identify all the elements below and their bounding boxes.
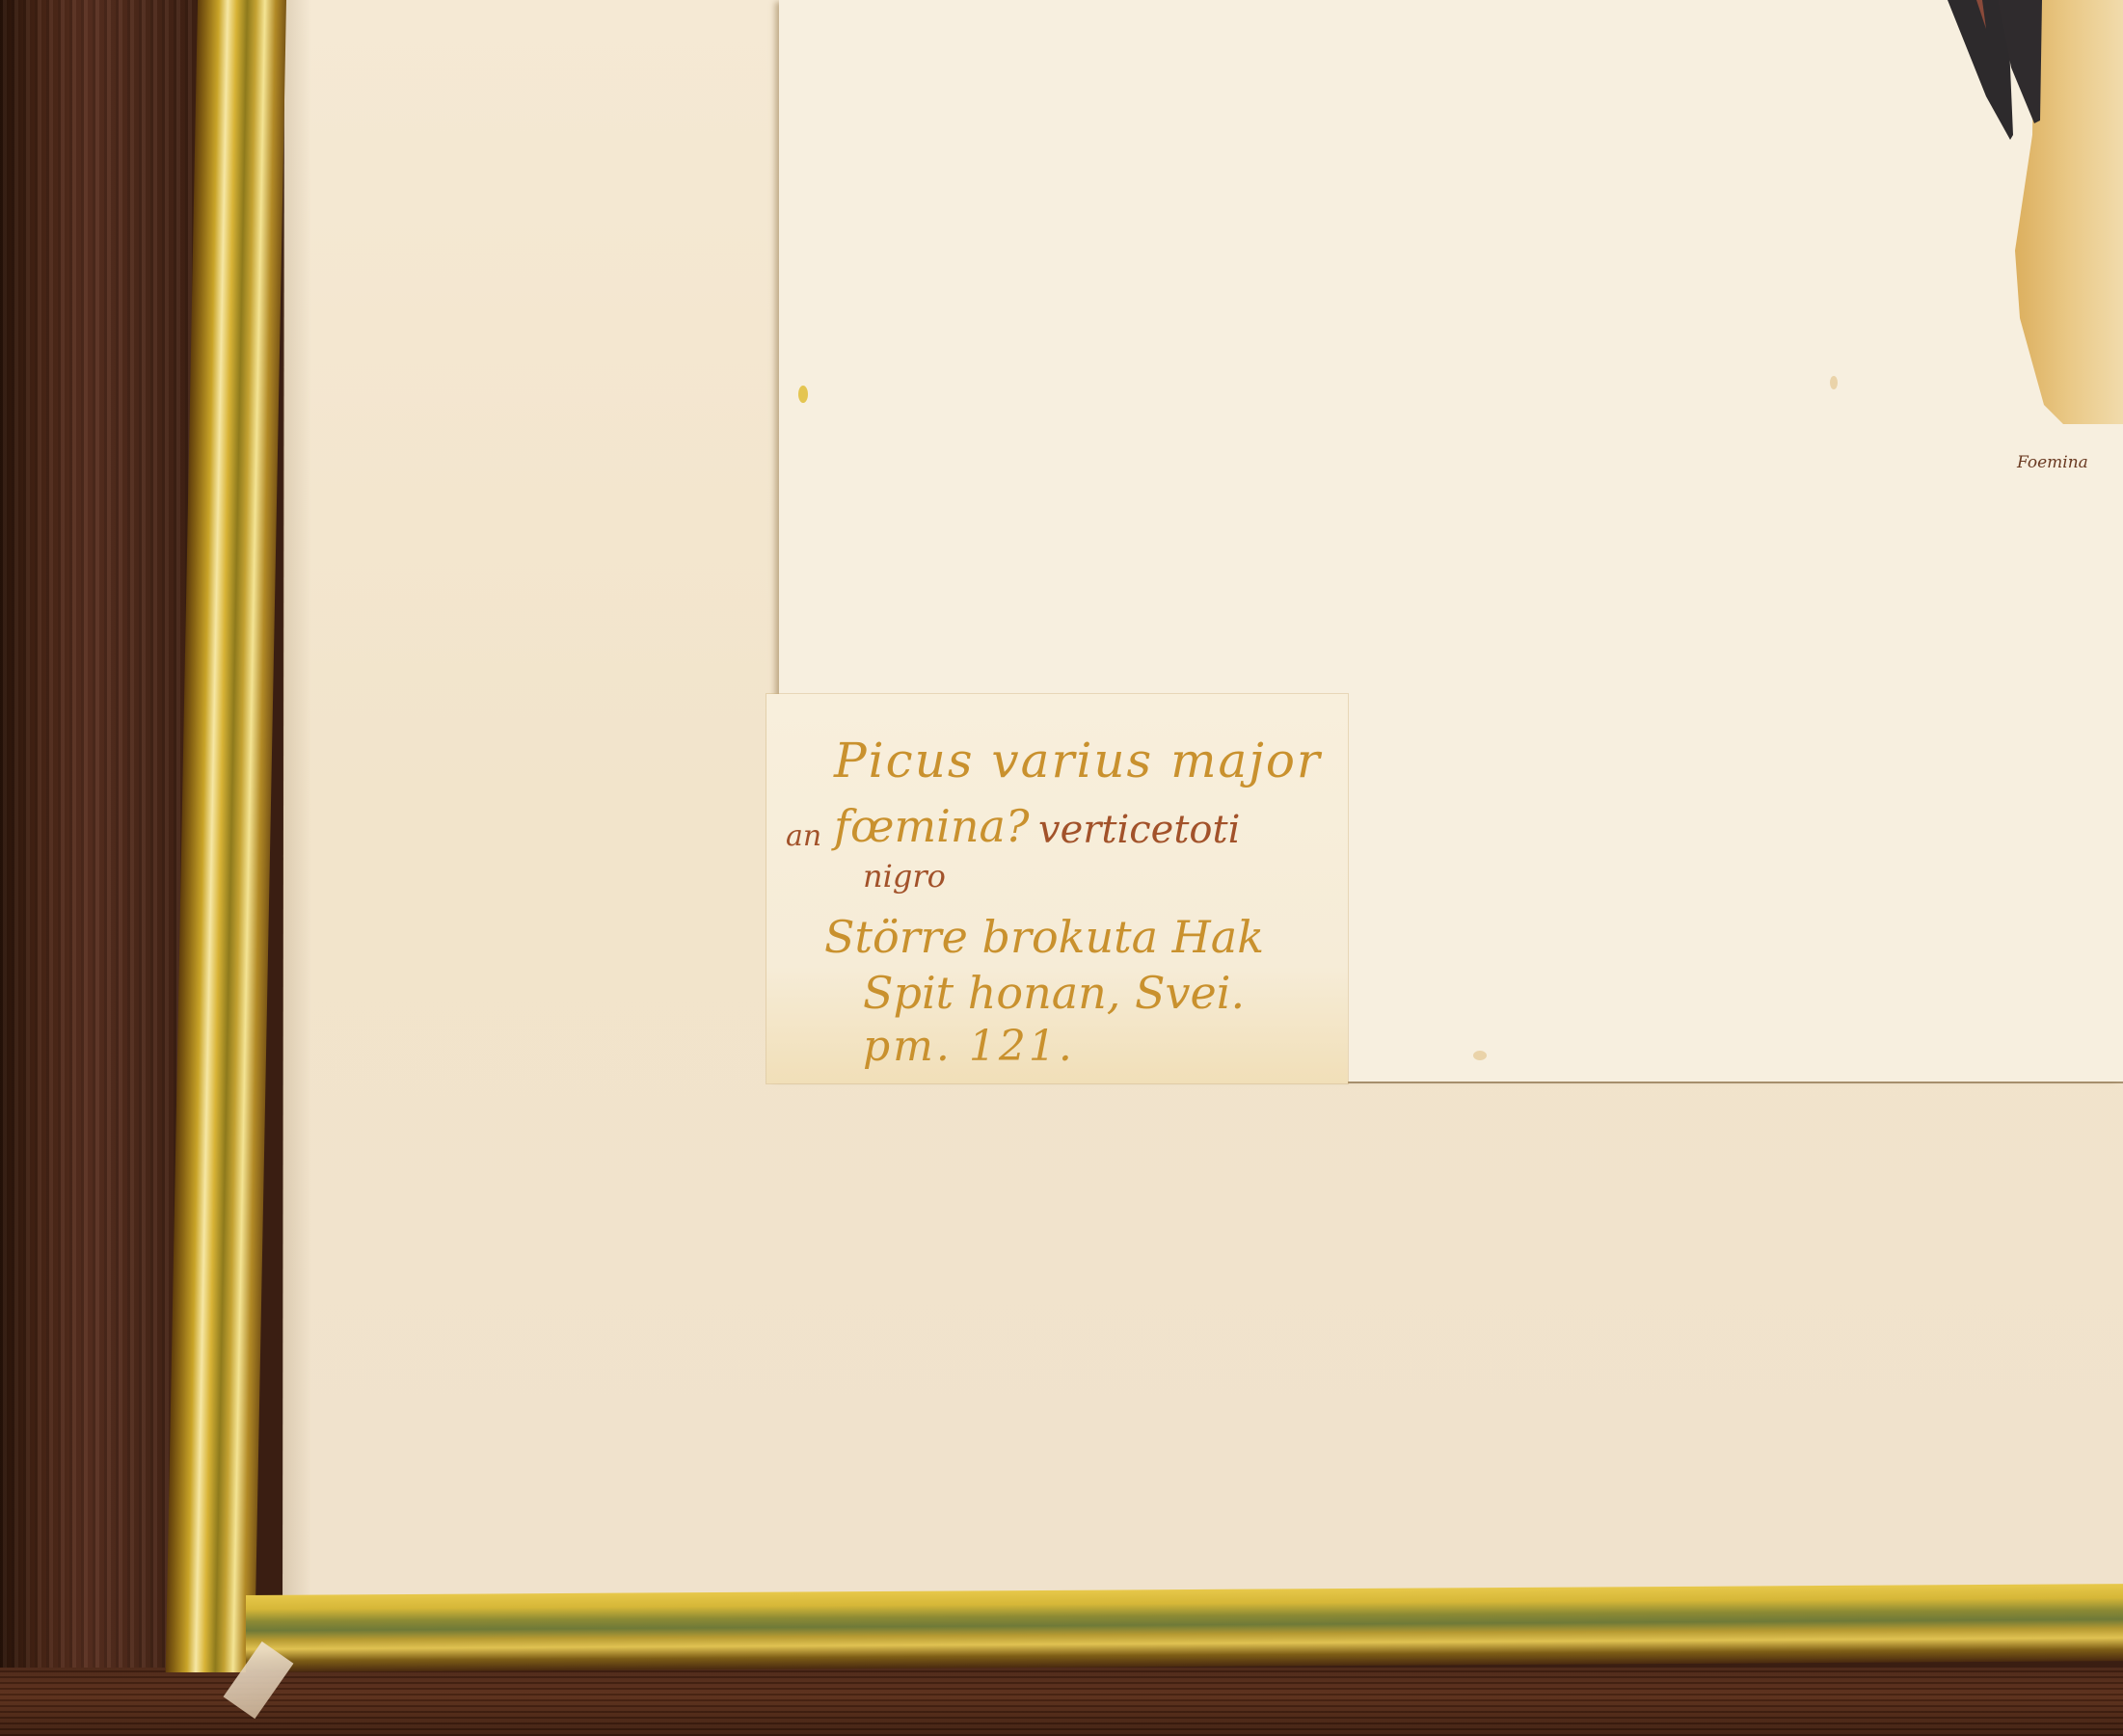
label-line-foemina: fœmina? <box>834 800 1030 852</box>
handwritten-specimen-label: Picus varius major an fœmina? verticetot… <box>766 694 1348 1083</box>
mat-inner-shadow <box>282 0 311 1643</box>
label-line-an: an <box>786 819 821 853</box>
foxing-spot <box>1830 376 1838 389</box>
label-line-vertice: verticetoti <box>1038 808 1240 852</box>
frame-gilt-bottom <box>246 1584 2123 1672</box>
bird-illustration-tail <box>1919 0 2123 424</box>
label-line-nigro: nigro <box>863 858 946 895</box>
label-line-species: Picus varius major <box>834 733 1322 788</box>
label-line-page-ref: pm. 121. <box>863 1022 1075 1071</box>
label-line-swedish-name: Större brokuta Hak <box>824 911 1264 963</box>
paint-speck <box>798 386 808 403</box>
plate-caption: Foemina <box>2017 453 2088 472</box>
frame-wood-bottom <box>0 1668 2123 1736</box>
label-line-swedish-name-2: Spit honan, Svei. <box>863 967 1245 1019</box>
foxing-spot <box>1473 1051 1487 1060</box>
